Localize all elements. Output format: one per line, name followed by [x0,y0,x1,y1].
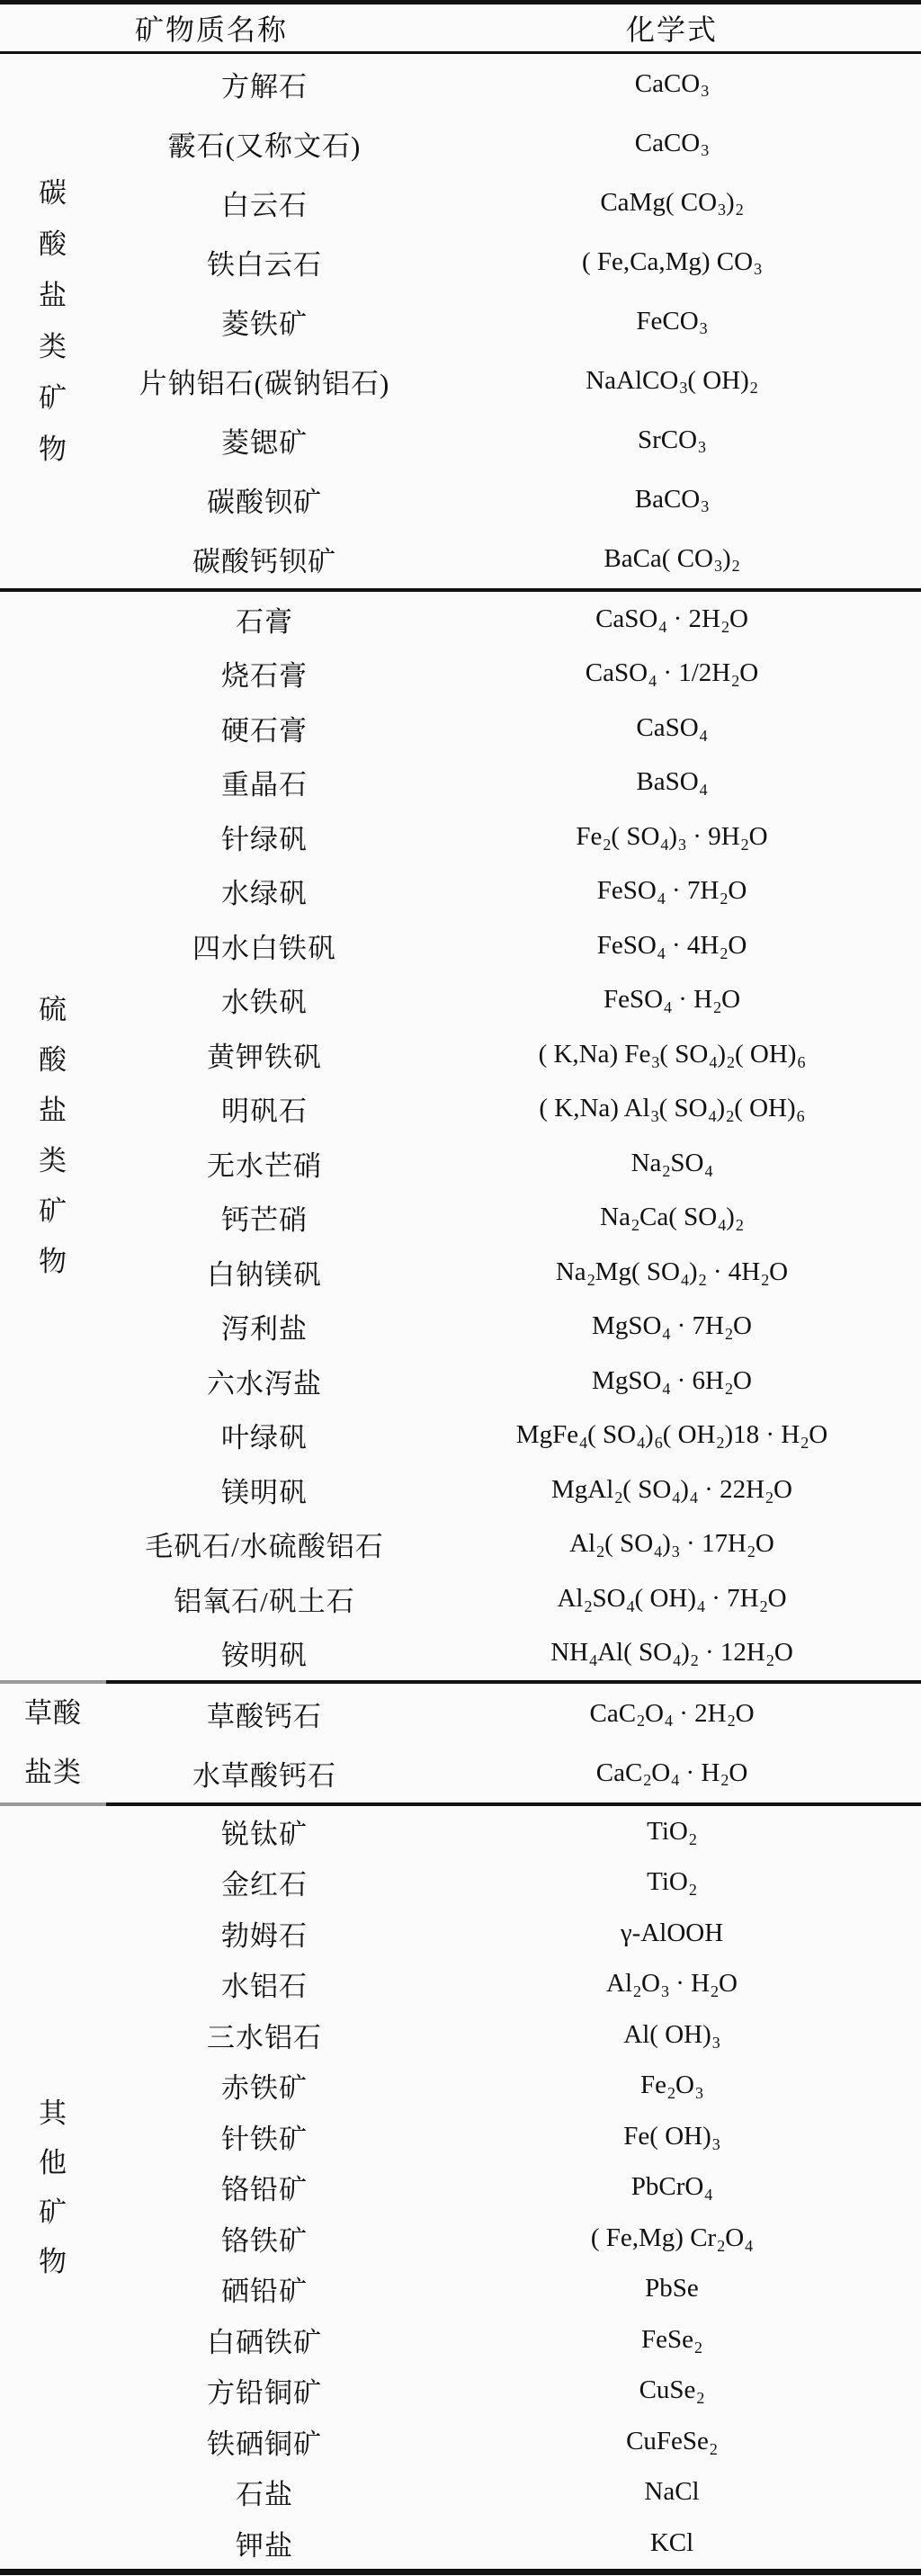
table-row: 白硒铁矿FeSe2 [106,2314,921,2366]
table-row: 硒铅矿PbSe [106,2264,921,2315]
table-section-2: 硫酸盐类矿物石膏CaSO4 · 2H2O烧石膏CaSO4 · 1/2H2O硬石膏… [0,592,921,1680]
chemical-formula-cell: ( Fe,Ca,Mg) CO3 [423,247,921,277]
mineral-name-cell: 铵明矾 [106,1632,423,1673]
table-row: 叶绿矾MgFe4( SO4)6( OH2)18 · H2O [106,1409,921,1463]
group-label-line: 物 [39,424,67,475]
table-row: 锐钛矿TiO2 [106,1806,921,1857]
table-row: 石盐NaCl [106,2467,921,2518]
table-section-3: 草酸盐类草酸钙石CaC2O4 · 2H2O水草酸钙石CaC2O4 · H2O [0,1684,921,1802]
mineral-name-cell: 方解石 [106,64,423,104]
mineral-name-cell: 白硒铁矿 [106,2320,423,2360]
group-label-line: 矿 [39,2187,67,2237]
chemical-formula-cell: CaC2O4 · 2H2O [423,1699,921,1729]
chemical-formula-cell: NaCl [423,2477,921,2507]
mineral-name-cell: 勃姆石 [106,1913,423,1954]
table-row: 铵明矾NH4Al( SO4)2 · 12H2O [106,1626,921,1681]
chemical-formula-cell: FeSe2 [423,2325,921,2355]
chemical-formula-cell: PbSe [423,2274,921,2303]
table-row: 烧石膏CaSO4 · 1/2H2O [106,647,921,702]
chemical-formula-cell: TiO2 [423,1867,921,1897]
mineral-name-cell: 泻利盐 [106,1306,423,1346]
mineral-name-cell: 无水芒硝 [106,1143,423,1184]
group-label-line: 物 [39,2237,67,2286]
group-label-line: 盐类 [24,1743,82,1802]
mineral-name-cell: 草酸钙石 [106,1694,423,1734]
group-label: 硫酸盐类矿物 [0,592,106,1680]
mineral-name-cell: 菱锶矿 [106,420,423,461]
chemical-formula-cell: Al( OH)3 [423,2020,921,2050]
chemical-formula-cell: TiO2 [423,1817,921,1847]
table-row: 铁硒铜矿CuFeSe2 [106,2416,921,2467]
mineral-name-cell: 铬铁矿 [106,2218,423,2258]
chemical-formula-cell: Na2SO4 [423,1149,921,1178]
mineral-name-cell: 白钠镁矾 [106,1252,423,1292]
chemical-formula-cell: ( K,Na) Fe3( SO4)2( OH)6 [423,1040,921,1069]
chemical-formula-cell: BaCa( CO3)2 [423,544,921,574]
chemical-formula-cell: BaSO4 [423,767,921,797]
mineral-name-cell: 白云石 [106,183,423,223]
group-label-line: 硫 [39,985,67,1035]
mineral-name-cell: 赤铁矿 [106,2065,423,2106]
table-row: 霰石(又称文石)CaCO3 [106,113,921,173]
table-section-1: 碳酸盐类矿物方解石CaCO3霰石(又称文石)CaCO3白云石CaMg( CO3)… [0,54,921,588]
chemical-formula-cell: γ-AlOOH [423,1919,921,1948]
chemical-formula-cell: Fe2( SO4)3 · 9H2O [423,822,921,852]
mineral-name-cell: 毛矾石/水硫酸铝石 [106,1524,423,1564]
table-row: 三水铝石Al( OH)3 [106,2009,921,2061]
mineral-name-cell: 三水铝石 [106,2015,423,2055]
table-row: 水铁矾FeSO4 · H2O [106,973,921,1028]
section-rows: 锐钛矿TiO2金红石TiO2勃姆石γ-AlOOH水铝石Al2O3 · H2O三水… [106,1806,921,2569]
mineral-name-cell: 石盐 [106,2472,423,2512]
mineral-name-cell: 铁白云石 [106,242,423,282]
table-row: 六水泻盐MgSO4 · 6H2O [106,1354,921,1409]
group-label: 碳酸盐类矿物 [0,54,106,588]
chemical-formula-cell: Fe( OH)3 [423,2122,921,2151]
table-row: 明矾石( K,Na) Al3( SO4)2( OH)6 [106,1082,921,1137]
mineral-name-cell: 方铅铜矿 [106,2370,423,2411]
table-row: 针绿矾Fe2( SO4)3 · 9H2O [106,809,921,864]
mineral-name-cell: 黄钾铁矾 [106,1034,423,1075]
group-label-line: 盐 [39,1086,67,1136]
group-label-line: 矿 [39,1186,67,1237]
header-chemical-formula: 化学式 [423,7,921,49]
table-row: 铝氧石/矾土石Al2SO4( OH)4 · 7H2O [106,1571,921,1626]
chemical-formula-cell: FeSO4 · 4H2O [423,931,921,961]
chemical-formula-cell: FeCO3 [423,307,921,336]
group-label-line: 类 [39,321,67,372]
section-rows: 方解石CaCO3霰石(又称文石)CaCO3白云石CaMg( CO3)2铁白云石(… [106,54,921,588]
mineral-name-cell: 锐钛矿 [106,1811,423,1852]
chemical-formula-cell: Al2( SO4)3 · 17H2O [423,1529,921,1559]
table-row: 菱锶矿SrCO3 [106,410,921,470]
chemical-formula-cell: PbCrO4 [423,2172,921,2202]
mineral-name-cell: 钾盐 [106,2523,423,2563]
table-row: 勃姆石γ-AlOOH [106,1908,921,1959]
mineral-name-cell: 金红石 [106,1862,423,1902]
group-label: 草酸盐类 [0,1684,106,1802]
table-row: 草酸钙石CaC2O4 · 2H2O [106,1684,921,1743]
group-label-line: 类 [39,1136,67,1186]
table-row: 水绿矾FeSO4 · 7H2O [106,864,921,919]
chemical-formula-cell: ( Fe,Mg) Cr2O4 [423,2223,921,2253]
chemical-formula-cell: CaSO4 [423,713,921,743]
table-row: 钾盐KCl [106,2518,921,2569]
table-row: 重晶石BaSO4 [106,756,921,810]
table-row: 铬铁矿( Fe,Mg) Cr2O4 [106,2213,921,2264]
table-row: 铁白云石( Fe,Ca,Mg) CO3 [106,232,921,291]
table-row: 水铝石Al2O3 · H2O [106,1959,921,2010]
mineral-name-cell: 钙芒硝 [106,1197,423,1238]
chemical-formula-cell: ( K,Na) Al3( SO4)2( OH)6 [423,1094,921,1123]
table-row: 碳酸钙钡矿BaCa( CO3)2 [106,529,921,588]
table-body: 碳酸盐类矿物方解石CaCO3霰石(又称文石)CaCO3白云石CaMg( CO3)… [0,54,921,2569]
chemical-formula-cell: KCl [423,2528,921,2558]
table-row: 方铅铜矿CuSe2 [106,2366,921,2417]
table-row: 硬石膏CaSO4 [106,701,921,756]
table-row: 镁明矾MgAl2( SO4)4 · 22H2O [106,1462,921,1517]
table-row: 石膏CaSO4 · 2H2O [106,592,921,647]
mineral-name-cell: 水绿矾 [106,871,423,911]
mineral-name-cell: 重晶石 [106,762,423,802]
mineral-table-page: 矿物质名称 化学式 碳酸盐类矿物方解石CaCO3霰石(又称文石)CaCO3白云石… [0,0,921,2576]
mineral-name-cell: 硒铅矿 [106,2268,423,2309]
chemical-formula-cell: NaAlCO3( OH)2 [423,366,921,396]
mineral-name-cell: 针绿矾 [106,817,423,857]
mineral-name-cell: 碳酸钙钡矿 [106,539,423,579]
group-label-line: 其 [39,2089,67,2138]
table-row: 白云石CaMg( CO3)2 [106,173,921,232]
chemical-formula-cell: FeSO4 · 7H2O [423,876,921,906]
table-row: 金红石TiO2 [106,1857,921,1909]
table-row: 泻利盐MgSO4 · 7H2O [106,1300,921,1355]
mineral-name-cell: 铝氧石/矾土石 [106,1579,423,1619]
chemical-formula-cell: Al2O3 · H2O [423,1969,921,1999]
mineral-name-cell: 镁明矾 [106,1470,423,1510]
mineral-name-cell: 水铁矾 [106,979,423,1020]
table-row: 四水白铁矾FeSO4 · 4H2O [106,918,921,973]
group-label-line: 酸 [39,219,67,270]
group-label-line: 矿 [39,372,67,424]
table-row: 黄钾铁矾( K,Na) Fe3( SO4)2( OH)6 [106,1027,921,1082]
table-row: 毛矾石/水硫酸铝石Al2( SO4)3 · 17H2O [106,1517,921,1572]
group-label: 其他矿物 [0,1806,106,2569]
table-row: 铬铅矿PbCrO4 [106,2162,921,2214]
chemical-formula-cell: CaMg( CO3)2 [423,188,921,218]
mineral-name-cell: 水草酸钙石 [106,1753,423,1793]
table-row: 钙芒硝Na2Ca( SO4)2 [106,1191,921,1246]
chemical-formula-cell: Na2Ca( SO4)2 [423,1203,921,1232]
mineral-name-cell: 碳酸钡矿 [106,479,423,520]
mineral-name-cell: 叶绿矾 [106,1415,423,1455]
mineral-name-cell: 针铁矿 [106,2116,423,2157]
chemical-formula-cell: MgFe4( SO4)6( OH2)18 · H2O [423,1420,921,1450]
mineral-name-cell: 铬铅矿 [106,2167,423,2207]
table-row: 无水芒硝Na2SO4 [106,1136,921,1191]
chemical-formula-cell: CuSe2 [423,2375,921,2405]
chemical-formula-cell: Fe2O3 [423,2071,921,2100]
chemical-formula-cell: CaCO3 [423,69,921,99]
chemical-formula-cell: FeSO4 · H2O [423,985,921,1015]
chemical-formula-cell: SrCO3 [423,425,921,455]
mineral-name-cell: 菱铁矿 [106,301,423,342]
chemical-formula-cell: CaSO4 · 1/2H2O [423,658,921,688]
chemical-formula-cell: Na2Mg( SO4)2 · 4H2O [423,1257,921,1287]
mineral-name-cell: 铁硒铜矿 [106,2421,423,2462]
mineral-name-cell: 明矾石 [106,1088,423,1129]
table-section-4: 其他矿物锐钛矿TiO2金红石TiO2勃姆石γ-AlOOH水铝石Al2O3 · H… [0,1806,921,2569]
table-row: 碳酸钡矿BaCO3 [106,470,921,529]
chemical-formula-cell: NH4Al( SO4)2 · 12H2O [423,1638,921,1668]
table-row: 赤铁矿Fe2O3 [106,2061,921,2112]
chemical-formula-cell: CaC2O4 · H2O [423,1758,921,1788]
header-mineral-name: 矿物质名称 [0,7,423,49]
chemical-formula-cell: MgAl2( SO4)4 · 22H2O [423,1475,921,1505]
table-row: 水草酸钙石CaC2O4 · H2O [106,1743,921,1802]
group-label-line: 他 [39,2138,67,2187]
mineral-name-cell: 霰石(又称文石) [106,123,423,164]
chemical-formula-cell: CaSO4 · 2H2O [423,604,921,634]
group-label-line: 盐 [39,270,67,321]
mineral-name-cell: 硬石膏 [106,708,423,748]
table-row: 针铁矿Fe( OH)3 [106,2111,921,2162]
mineral-name-cell: 烧石膏 [106,653,423,693]
mineral-name-cell: 四水白铁矾 [106,926,423,966]
mineral-name-cell: 石膏 [106,599,423,640]
mineral-name-cell: 水铝石 [106,1963,423,2004]
table-row: 方解石CaCO3 [106,54,921,113]
group-label-line: 草酸 [24,1684,82,1743]
table-header-row: 矿物质名称 化学式 [0,4,921,51]
section-rows: 草酸钙石CaC2O4 · 2H2O水草酸钙石CaC2O4 · H2O [106,1684,921,1802]
section-rows: 石膏CaSO4 · 2H2O烧石膏CaSO4 · 1/2H2O硬石膏CaSO4重… [106,592,921,1680]
table-row: 片钠铝石(碳钠铝石)NaAlCO3( OH)2 [106,351,921,410]
table-bottom-rule [0,2569,921,2575]
group-label-line: 酸 [39,1035,67,1086]
chemical-formula-cell: CaCO3 [423,129,921,158]
chemical-formula-cell: MgSO4 · 6H2O [423,1366,921,1396]
mineral-name-cell: 片钠铝石(碳钠铝石) [106,361,423,401]
chemical-formula-cell: MgSO4 · 7H2O [423,1311,921,1341]
group-label-line: 物 [39,1237,67,1287]
chemical-formula-cell: BaCO3 [423,485,921,514]
group-label-line: 碳 [39,167,67,219]
mineral-name-cell: 六水泻盐 [106,1361,423,1401]
chemical-formula-cell: CuFeSe2 [423,2427,921,2456]
table-row: 白钠镁矾Na2Mg( SO4)2 · 4H2O [106,1245,921,1300]
chemical-formula-cell: Al2SO4( OH)4 · 7H2O [423,1584,921,1614]
table-row: 菱铁矿FeCO3 [106,291,921,351]
